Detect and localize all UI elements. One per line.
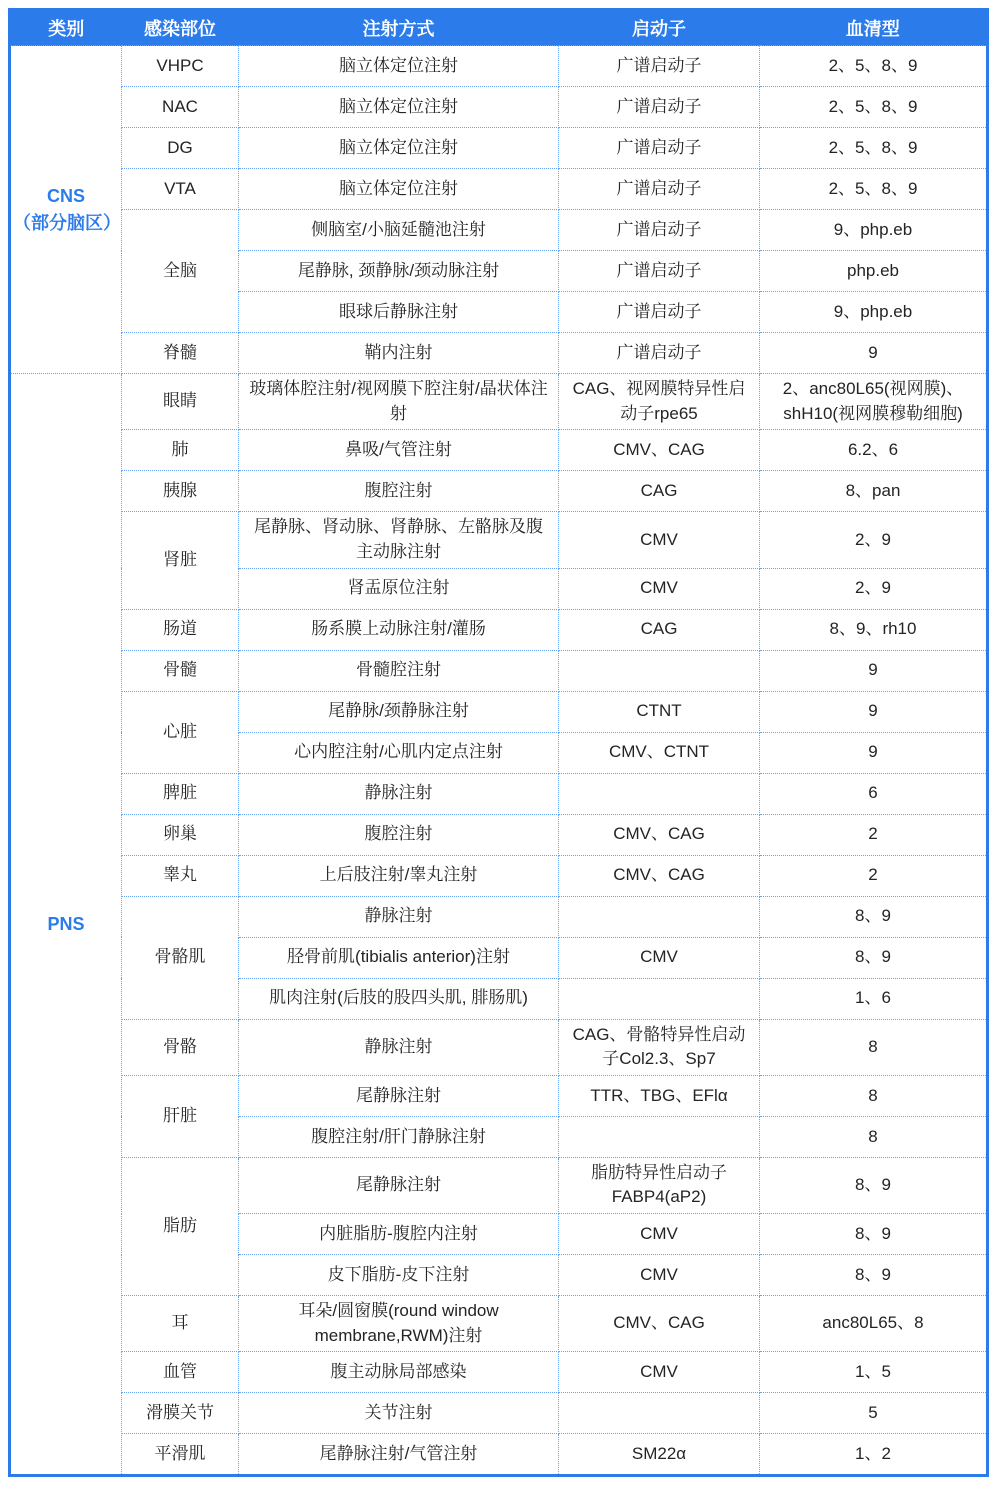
serotype-cell: 8 [760, 1116, 988, 1157]
method-cell: 内脏脂肪-腹腔内注射 [239, 1214, 559, 1255]
table-row: 肺鼻吸/气管注射CMV、CAG6.2、6 [10, 430, 988, 471]
promoter-cell [559, 978, 760, 1019]
serotype-cell: 8、pan [760, 471, 988, 512]
col-header-promoter: 启动子 [559, 10, 760, 46]
table-row: 肾脏尾静脉、肾动脉、肾静脉、左骼脉及腹主动脉注射CMV2、9 [10, 512, 988, 568]
site-cell: 肠道 [122, 609, 239, 650]
method-cell: 肌肉注射(后肢的股四头肌, 腓肠肌) [239, 978, 559, 1019]
header-row: 类别 感染部位 注射方式 启动子 血清型 [10, 10, 988, 46]
method-cell: 尾静脉/颈静脉注射 [239, 691, 559, 732]
promoter-cell [559, 896, 760, 937]
serotype-cell: 2 [760, 855, 988, 896]
site-cell: VHPC [122, 46, 239, 87]
table-row: 平滑肌尾静脉注射/气管注射SM22α1、2 [10, 1434, 988, 1476]
table-row: PNS眼睛玻璃体腔注射/视网膜下腔注射/晶状体注射CAG、视网膜特异性启动子rp… [10, 374, 988, 430]
promoter-cell: TTR、TBG、EFlα [559, 1075, 760, 1116]
site-cell: 睾丸 [122, 855, 239, 896]
serotype-cell: anc80L65、8 [760, 1296, 988, 1352]
method-cell: 腹主动脉局部感染 [239, 1352, 559, 1393]
method-cell: 腹腔注射 [239, 814, 559, 855]
site-cell: DG [122, 128, 239, 169]
table-row: DG脑立体定位注射广谱启动子2、5、8、9 [10, 128, 988, 169]
category-cell: PNS [10, 374, 122, 1476]
serotype-cell: 5 [760, 1393, 988, 1434]
table-row: 卵巢腹腔注射CMV、CAG2 [10, 814, 988, 855]
promoter-cell: 广谱启动子 [559, 333, 760, 374]
promoter-cell: 广谱启动子 [559, 128, 760, 169]
site-cell: 肝脏 [122, 1075, 239, 1157]
page: 类别 感染部位 注射方式 启动子 血清型 CNS（部分脑区）VHPC脑立体定位注… [0, 0, 1000, 1485]
serotype-cell: 2、9 [760, 568, 988, 609]
table-row: 血管腹主动脉局部感染CMV1、5 [10, 1352, 988, 1393]
site-cell: 全脑 [122, 210, 239, 333]
promoter-cell: CMV [559, 1352, 760, 1393]
table-row: 肠道肠系膜上动脉注射/灌肠CAG8、9、rh10 [10, 609, 988, 650]
table-row: 骨骼肌静脉注射8、9 [10, 896, 988, 937]
site-cell: 脾脏 [122, 773, 239, 814]
method-cell: 关节注射 [239, 1393, 559, 1434]
site-cell: 胰腺 [122, 471, 239, 512]
col-header-category: 类别 [10, 10, 122, 46]
table-row: 睾丸上后肢注射/睾丸注射CMV、CAG2 [10, 855, 988, 896]
serotype-cell: 1、2 [760, 1434, 988, 1476]
method-cell: 鼻吸/气管注射 [239, 430, 559, 471]
promoter-cell: CMV、CAG [559, 855, 760, 896]
serotype-cell: 8 [760, 1019, 988, 1075]
promoter-cell: 广谱启动子 [559, 251, 760, 292]
promoter-cell: 广谱启动子 [559, 210, 760, 251]
method-cell: 皮下脂肪-皮下注射 [239, 1255, 559, 1296]
promoter-cell: SM22α [559, 1434, 760, 1476]
method-cell: 肾盂原位注射 [239, 568, 559, 609]
method-cell: 尾静脉, 颈静脉/颈动脉注射 [239, 251, 559, 292]
serotype-cell: 2、anc80L65(视网膜)、shH10(视网膜穆勒细胞) [760, 374, 988, 430]
serotype-cell: 2、5、8、9 [760, 87, 988, 128]
method-cell: 眼球后静脉注射 [239, 292, 559, 333]
table-row: 全脑侧脑室/小脑延髓池注射广谱启动子9、php.eb [10, 210, 988, 251]
promoter-cell: CMV、CAG [559, 430, 760, 471]
method-cell: 心内腔注射/心肌内定点注射 [239, 732, 559, 773]
table-row: 肝脏尾静脉注射TTR、TBG、EFlα8 [10, 1075, 988, 1116]
method-cell: 尾静脉、肾动脉、肾静脉、左骼脉及腹主动脉注射 [239, 512, 559, 568]
promoter-cell: CMV、CAG [559, 1296, 760, 1352]
site-cell: 肺 [122, 430, 239, 471]
site-cell: 骨骼 [122, 1019, 239, 1075]
promoter-cell: CMV [559, 937, 760, 978]
category-line1: PNS [13, 911, 119, 938]
site-cell: 滑膜关节 [122, 1393, 239, 1434]
category-line2: （部分脑区） [13, 210, 119, 237]
promoter-cell: 广谱启动子 [559, 46, 760, 87]
promoter-cell: 广谱启动子 [559, 292, 760, 333]
promoter-cell [559, 1116, 760, 1157]
serotype-cell: 9 [760, 650, 988, 691]
method-cell: 脑立体定位注射 [239, 169, 559, 210]
method-cell: 脑立体定位注射 [239, 87, 559, 128]
method-cell: 尾静脉注射 [239, 1157, 559, 1213]
table-row: 骨骼静脉注射CAG、骨骼特异性启动子Col2.3、Sp78 [10, 1019, 988, 1075]
serotype-cell: 8、9 [760, 1157, 988, 1213]
method-cell: 腹腔注射 [239, 471, 559, 512]
serotype-cell: 1、5 [760, 1352, 988, 1393]
promoter-cell: CMV、CAG [559, 814, 760, 855]
site-cell: 血管 [122, 1352, 239, 1393]
method-cell: 上后肢注射/睾丸注射 [239, 855, 559, 896]
promoter-cell [559, 650, 760, 691]
site-cell: NAC [122, 87, 239, 128]
serotype-cell: 6 [760, 773, 988, 814]
category-line1: CNS [13, 183, 119, 210]
table-row: 脂肪尾静脉注射脂肪特异性启动子FABP4(aP2)8、9 [10, 1157, 988, 1213]
promoter-cell: CMV、CTNT [559, 732, 760, 773]
promoter-cell: CTNT [559, 691, 760, 732]
method-cell: 静脉注射 [239, 896, 559, 937]
site-cell: 心脏 [122, 691, 239, 773]
serotype-cell: 8、9 [760, 896, 988, 937]
col-header-site: 感染部位 [122, 10, 239, 46]
promoter-cell: CAG [559, 609, 760, 650]
method-cell: 静脉注射 [239, 773, 559, 814]
serotype-cell: 8、9 [760, 937, 988, 978]
table-row: 滑膜关节关节注射5 [10, 1393, 988, 1434]
promoter-cell: 广谱启动子 [559, 169, 760, 210]
table-row: 骨髓骨髓腔注射9 [10, 650, 988, 691]
promoter-cell [559, 773, 760, 814]
table-row: CNS（部分脑区）VHPC脑立体定位注射广谱启动子2、5、8、9 [10, 46, 988, 87]
site-cell: 脂肪 [122, 1157, 239, 1295]
site-cell: 脊髓 [122, 333, 239, 374]
col-header-serotype: 血清型 [760, 10, 988, 46]
table-row: 脊髓鞘内注射广谱启动子9 [10, 333, 988, 374]
table-row: 耳耳朵/圆窗膜(round window membrane,RWM)注射CMV、… [10, 1296, 988, 1352]
promoter-cell: 脂肪特异性启动子FABP4(aP2) [559, 1157, 760, 1213]
serotype-cell: 8、9 [760, 1255, 988, 1296]
serotype-cell: 2、5、8、9 [760, 128, 988, 169]
promoter-cell: CAG、视网膜特异性启动子rpe65 [559, 374, 760, 430]
serotype-cell: 9 [760, 333, 988, 374]
method-cell: 脑立体定位注射 [239, 128, 559, 169]
promoter-cell [559, 1393, 760, 1434]
promoter-cell: 广谱启动子 [559, 87, 760, 128]
promoter-cell: CMV [559, 1214, 760, 1255]
method-cell: 静脉注射 [239, 1019, 559, 1075]
serotype-cell: 8 [760, 1075, 988, 1116]
table-row: VTA脑立体定位注射广谱启动子2、5、8、9 [10, 169, 988, 210]
table-body: CNS（部分脑区）VHPC脑立体定位注射广谱启动子2、5、8、9NAC脑立体定位… [10, 46, 988, 1476]
method-cell: 腹腔注射/肝门静脉注射 [239, 1116, 559, 1157]
site-cell: 卵巢 [122, 814, 239, 855]
serotype-cell: 9、php.eb [760, 210, 988, 251]
aav-serotype-table: 类别 感染部位 注射方式 启动子 血清型 CNS（部分脑区）VHPC脑立体定位注… [8, 8, 989, 1477]
method-cell: 胫骨前肌(tibialis anterior)注射 [239, 937, 559, 978]
serotype-cell: 9、php.eb [760, 292, 988, 333]
serotype-cell: 2、9 [760, 512, 988, 568]
promoter-cell: CAG、骨骼特异性启动子Col2.3、Sp7 [559, 1019, 760, 1075]
method-cell: 脑立体定位注射 [239, 46, 559, 87]
table-header: 类别 感染部位 注射方式 启动子 血清型 [10, 10, 988, 46]
site-cell: 肾脏 [122, 512, 239, 609]
promoter-cell: CMV [559, 568, 760, 609]
table-row: 心脏尾静脉/颈静脉注射CTNT9 [10, 691, 988, 732]
serotype-cell: 8、9 [760, 1214, 988, 1255]
site-cell: 骨髓 [122, 650, 239, 691]
serotype-cell: 9 [760, 732, 988, 773]
table-row: 胰腺腹腔注射CAG8、pan [10, 471, 988, 512]
method-cell: 骨髓腔注射 [239, 650, 559, 691]
category-cell: CNS（部分脑区） [10, 46, 122, 374]
table-row: NAC脑立体定位注射广谱启动子2、5、8、9 [10, 87, 988, 128]
table-row: 脾脏静脉注射6 [10, 773, 988, 814]
serotype-cell: 2、5、8、9 [760, 169, 988, 210]
serotype-cell: 1、6 [760, 978, 988, 1019]
method-cell: 耳朵/圆窗膜(round window membrane,RWM)注射 [239, 1296, 559, 1352]
method-cell: 尾静脉注射/气管注射 [239, 1434, 559, 1476]
site-cell: 平滑肌 [122, 1434, 239, 1476]
method-cell: 肠系膜上动脉注射/灌肠 [239, 609, 559, 650]
site-cell: VTA [122, 169, 239, 210]
method-cell: 侧脑室/小脑延髓池注射 [239, 210, 559, 251]
serotype-cell: 2 [760, 814, 988, 855]
serotype-cell: 9 [760, 691, 988, 732]
site-cell: 耳 [122, 1296, 239, 1352]
promoter-cell: CMV [559, 1255, 760, 1296]
promoter-cell: CAG [559, 471, 760, 512]
serotype-cell: 2、5、8、9 [760, 46, 988, 87]
serotype-cell: 6.2、6 [760, 430, 988, 471]
method-cell: 尾静脉注射 [239, 1075, 559, 1116]
col-header-method: 注射方式 [239, 10, 559, 46]
promoter-cell: CMV [559, 512, 760, 568]
serotype-cell: 8、9、rh10 [760, 609, 988, 650]
site-cell: 骨骼肌 [122, 896, 239, 1019]
method-cell: 玻璃体腔注射/视网膜下腔注射/晶状体注射 [239, 374, 559, 430]
site-cell: 眼睛 [122, 374, 239, 430]
serotype-cell: php.eb [760, 251, 988, 292]
method-cell: 鞘内注射 [239, 333, 559, 374]
